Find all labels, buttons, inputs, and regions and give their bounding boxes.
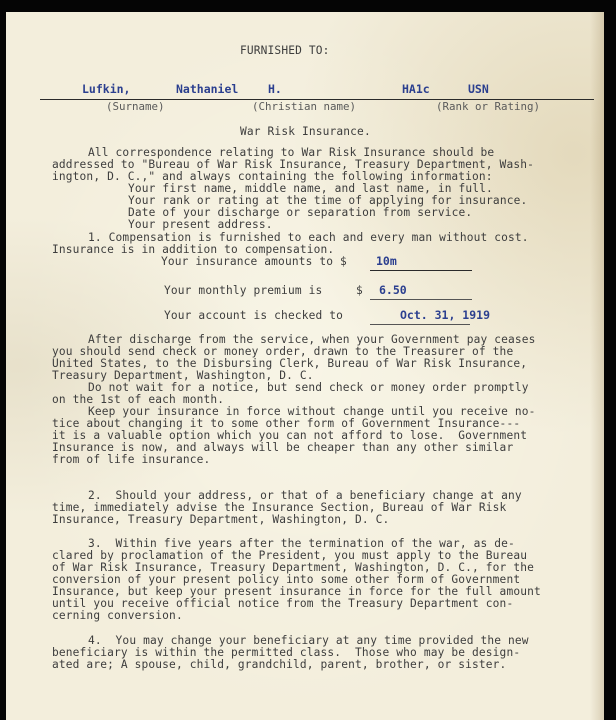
section-2-line: Insurance, Treasury Department, Washingt…	[52, 514, 389, 526]
rating-caption: (Rank or Rating)	[436, 101, 540, 113]
rating-value: HA1c	[402, 83, 430, 95]
monthly-premium-underline	[370, 299, 472, 300]
account-checked-value: Oct. 31, 1919	[400, 309, 490, 321]
surname-value: Lufkin,	[82, 83, 130, 95]
paragraph-line: from of life insurance.	[52, 454, 210, 466]
insurance-amount-underline	[370, 270, 472, 271]
christian-name-caption: (Christian name)	[252, 101, 356, 113]
account-checked-underline	[370, 324, 470, 325]
required-info-item: Your present address.	[128, 219, 273, 231]
section-3-line: cerning conversion.	[52, 610, 183, 622]
surname-caption: (Surname)	[106, 101, 165, 113]
furnished-to-heading: FURNISHED TO:	[240, 45, 330, 57]
insurance-amount-label: Your insurance amounts to $	[161, 256, 347, 268]
paper-edge-shading	[590, 12, 604, 720]
account-checked-label: Your account is checked to	[164, 310, 343, 322]
service-value: USN	[468, 83, 489, 95]
document-title: War Risk Insurance.	[240, 126, 371, 138]
monthly-premium-label: Your monthly premium is	[164, 285, 322, 297]
christian-name-value: Nathaniel	[176, 83, 238, 95]
document-page: FURNISHED TO: Lufkin, Nathaniel H. HA1c …	[6, 12, 604, 720]
monthly-premium-value: 6.50	[379, 284, 407, 296]
middle-initial-value: H.	[268, 83, 282, 95]
insurance-amount-value: 10m	[376, 255, 397, 267]
dollar-sign: $	[356, 285, 363, 297]
section-4-line: ated are; A spouse, child, grandchild, p…	[52, 659, 506, 671]
